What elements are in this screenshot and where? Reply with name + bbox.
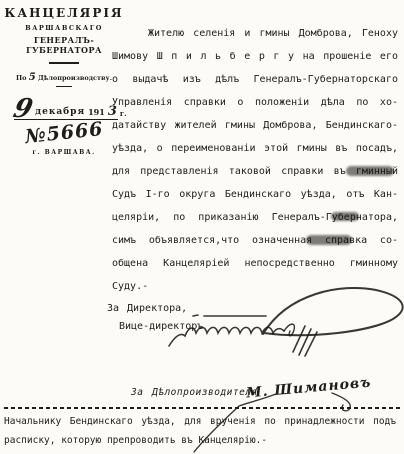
clerk-signature: М. Шимановъ <box>246 375 372 402</box>
body-line: датайству жителей гмины Домброва, Бендин… <box>112 114 398 137</box>
body-line: Управленія справки о положеніи дѣла по х… <box>112 91 398 114</box>
body-line: симъ объявляется,что означенная справка … <box>112 229 398 252</box>
letterhead-office-subtitle: ВАРШАВСКАГО <box>0 24 128 32</box>
ink-smudge <box>331 212 359 221</box>
clerk-per-prefix: За <box>131 387 143 398</box>
letterhead-office-name: ГЕНЕРАЛЪ-ГУБЕРНАТОРА <box>0 35 128 55</box>
document-body: Жителю селенія и гмины Домброва, Геноху … <box>112 22 398 298</box>
date-line: 9 декабря 191 3 г. <box>14 93 118 120</box>
body-line: о выдачѣ изъ дѣлъ Генералъ-Губернаторска… <box>112 68 398 91</box>
footer-line: расписку, которую препроводить въ Канцел… <box>4 431 396 450</box>
ink-smudge <box>306 235 352 245</box>
body-line: Суду.- <box>112 275 398 298</box>
vice-director-title: Вице-директоръ <box>119 321 203 332</box>
dept-prefix: По <box>16 74 26 82</box>
letterhead-divider <box>49 62 79 64</box>
body-line: Жителю селенія и гмины Домброва, Геноху <box>112 22 398 45</box>
letterhead-city: г. ВАРШАВА. <box>0 149 128 156</box>
signature-hatches <box>293 326 317 356</box>
document-number: №5666 <box>24 118 104 148</box>
body-line: Судъ I-го округа Бендинскаго уѣзда, отъ … <box>112 183 398 206</box>
footer-note: Начальнику Бендинскаго уѣзда, для вручен… <box>4 412 396 450</box>
number-value: 5666 <box>45 118 104 146</box>
dept-suffix: Дѣлопроизводству. <box>38 74 112 82</box>
dashed-separator <box>4 407 400 409</box>
letterhead-office-title: КАНЦЕЛЯРІЯ <box>0 6 128 20</box>
date-day-handwritten: 9 <box>12 99 35 119</box>
letterhead: КАНЦЕЛЯРІЯ ВАРШАВСКАГО ГЕНЕРАЛЪ-ГУБЕРНАТ… <box>0 6 128 156</box>
date-year-printed: 191 <box>88 107 105 119</box>
director-dash-rule <box>193 315 266 316</box>
letterhead-small-divider <box>56 86 72 87</box>
body-line: Шимову Ш п и л ь б е р г у на прошеніе е… <box>112 45 398 68</box>
document-page: КАНЦЕЛЯРІЯ ВАРШАВСКАГО ГЕНЕРАЛЪ-ГУБЕРНАТ… <box>0 0 404 454</box>
per-prefix: За <box>107 303 119 314</box>
body-line: уѣзда, о переименованіи этой гмины въ по… <box>112 137 398 160</box>
ink-smudge <box>346 166 394 176</box>
director-title: Директора, <box>127 303 187 314</box>
body-line: общена Канцеляріей непосредственно гминн… <box>112 252 398 275</box>
footer-line: Начальнику Бендинскаго уѣзда, для вручен… <box>4 412 396 431</box>
number-sign: № <box>24 124 48 148</box>
dept-number-handwritten: 5 <box>29 72 36 83</box>
letterhead-department-line: По 5 Дѣлопроизводству. <box>0 72 128 83</box>
clerk-title: Дѣлопроизводителя <box>152 387 258 398</box>
date-month: декабря <box>35 107 85 119</box>
